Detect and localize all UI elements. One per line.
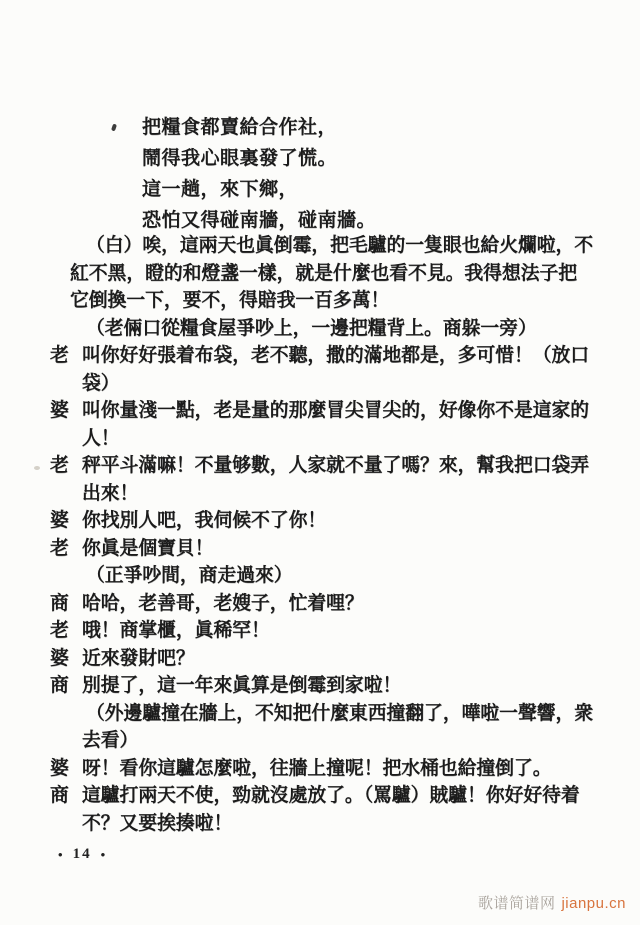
dialogue-line: 婆 呀！看你這驢怎麼啦，往牆上撞呢！把水桶也給撞倒了。: [0, 755, 640, 783]
speaker-label: 商: [50, 672, 69, 700]
verse-line: 把糧食都賣給合作社，: [142, 112, 376, 143]
dialogue-line: 婆 叫你量淺一點，老是量的那麼冒尖冒尖的，好像你不是這家的: [0, 397, 640, 425]
dialogue-line: 老 你眞是個寶貝！: [0, 535, 640, 563]
speaker-label: 老: [50, 452, 69, 480]
dialogue-text: 呀！看你這驢怎麼啦，往牆上撞呢！把水桶也給撞倒了。: [82, 758, 552, 779]
watermark: 歌谱简谱网jianpu.cn: [478, 892, 626, 913]
stage-direction: （老倆口從糧食屋爭吵上，一邊把糧背上。商躲一旁）: [0, 315, 640, 343]
dialogue-line: 老 哦！商掌櫃，眞稀罕！: [0, 617, 640, 645]
page-number: •14•: [58, 846, 106, 863]
speaker-label: 老: [50, 342, 69, 370]
speaker-label: 婆: [50, 397, 69, 425]
monologue-line: （白）唉，這兩天也眞倒霉，把毛驢的一隻眼也給火爛啦，不: [0, 232, 640, 260]
dialogue-text: 哦！商掌櫃，眞稀罕！: [82, 620, 270, 641]
dialogue-block: （白）唉，這兩天也眞倒霉，把毛驢的一隻眼也給火爛啦，不 紅不黑，瞪的和燈盞一樣，…: [0, 232, 640, 837]
verse-line: 這一趟，來下鄉，: [142, 174, 376, 205]
stage-direction: （正爭吵間，商走過來）: [0, 562, 640, 590]
dialogue-line: 婆 你找別人吧，我伺候不了你！: [0, 507, 640, 535]
dialogue-line: 商 哈哈，老善哥，老嫂子，忙着哩？: [0, 590, 640, 618]
speaker-label: 老: [50, 535, 69, 563]
dialogue-text: 你眞是個寶貝！: [82, 538, 213, 559]
page-number-dot: •: [58, 847, 64, 862]
speaker-label: 商: [50, 590, 69, 618]
dialogue-line: 老 叫你好好張着布袋，老不聽，撒的滿地都是，多可惜！（放口: [0, 342, 640, 370]
dialogue-text: 這驢打兩天不使，勁就沒處放了。（罵驢）賊驢！你好好待着: [82, 785, 580, 806]
verse-block: 把糧食都賣給合作社， 鬧得我心眼裏發了慌。 這一趟，來下鄉， 恐怕又得碰南牆，碰…: [142, 112, 376, 236]
page-number-dot: •: [101, 847, 107, 862]
dialogue-continuation: 袋）: [0, 370, 640, 398]
dialogue-line: 商 別提了，這一年來眞算是倒霉到家啦！: [0, 672, 640, 700]
dialogue-text: 秤平斗滿嘛！不量够數，人家就不量了嗎？來，幫我把口袋弄: [82, 455, 589, 476]
dialogue-text: 你找別人吧，我伺候不了你！: [82, 510, 326, 531]
stage-direction: （外邊驢撞在牆上，不知把什麼東西撞翻了，嘩啦一聲響，衆: [0, 700, 640, 728]
speaker-label: 婆: [50, 507, 69, 535]
page-number-value: 14: [73, 846, 92, 862]
script-book-page: 把糧食都賣給合作社， 鬧得我心眼裏發了慌。 這一趟，來下鄉， 恐怕又得碰南牆，碰…: [0, 0, 640, 925]
dialogue-line: 老 秤平斗滿嘛！不量够數，人家就不量了嗎？來，幫我把口袋弄: [0, 452, 640, 480]
dialogue-line: 商 這驢打兩天不使，勁就沒處放了。（罵驢）賊驢！你好好待着: [0, 782, 640, 810]
monologue-line: 它倒換一下，要不，得賠我一百多萬！: [0, 287, 640, 315]
stage-direction-continuation: 去看）: [0, 727, 640, 755]
dialogue-continuation: 人！: [0, 425, 640, 453]
dialogue-continuation: 出來！: [0, 480, 640, 508]
speaker-label: 婆: [50, 755, 69, 783]
speaker-label: 婆: [50, 645, 69, 673]
dialogue-line: 婆 近來發財吧？: [0, 645, 640, 673]
verse-line: 鬧得我心眼裏發了慌。: [142, 143, 376, 174]
dialogue-text: 近來發財吧？: [82, 648, 195, 669]
dialogue-continuation: 不？又要挨揍啦！: [0, 810, 640, 838]
monologue-line: 紅不黑，瞪的和燈盞一樣，就是什麼也看不見。我得想法子把: [0, 260, 640, 288]
ink-speck: [111, 124, 117, 132]
speaker-label: 老: [50, 617, 69, 645]
dialogue-text: 叫你量淺一點，老是量的那麼冒尖冒尖的，好像你不是這家的: [82, 400, 589, 421]
dialogue-text: 別提了，這一年來眞算是倒霉到家啦！: [82, 675, 401, 696]
watermark-site-name: 歌谱简谱网: [478, 895, 556, 912]
dialogue-text: 叫你好好張着布袋，老不聽，撒的滿地都是，多可惜！（放口: [82, 345, 589, 366]
watermark-site-url: jianpu.cn: [561, 895, 626, 912]
dialogue-text: 哈哈，老善哥，老嫂子，忙着哩？: [82, 593, 364, 614]
speaker-label: 商: [50, 782, 69, 810]
